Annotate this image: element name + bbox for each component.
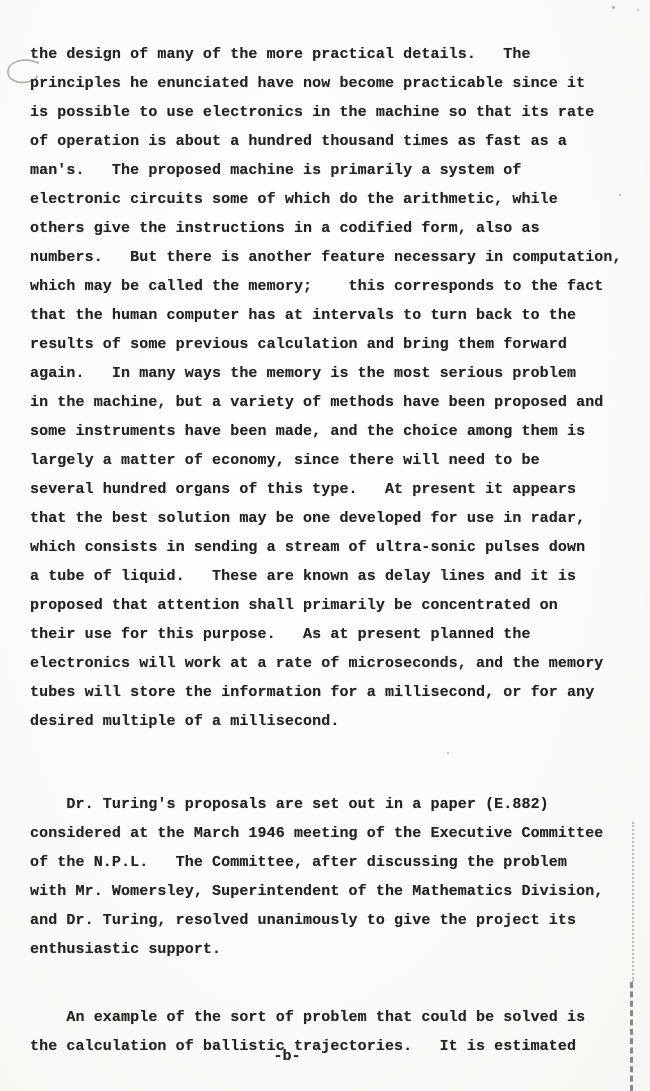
text-line: enthusiastic support. — [30, 935, 640, 964]
text-line: in the machine, but a variety of methods… — [30, 388, 640, 417]
text-line: the design of many of the more practical… — [30, 40, 640, 69]
paragraph-2: Dr. Turing's proposals are set out in a … — [30, 790, 640, 964]
text-line: An example of the sort of problem that c… — [30, 1003, 640, 1032]
text-line: again. In many ways the memory is the mo… — [30, 359, 640, 388]
text-line: that the human computer has at intervals… — [30, 301, 640, 330]
text-line: of operation is about a hundred thousand… — [30, 127, 640, 156]
text-line: that the best solution may be one develo… — [30, 504, 640, 533]
text-line: tubes will store the information for a m… — [30, 678, 640, 707]
text-line: several hundred organs of this type. At … — [30, 475, 640, 504]
text-line: man's. The proposed machine is primarily… — [30, 156, 640, 185]
scan-speck — [612, 6, 615, 9]
scan-speck — [619, 194, 621, 196]
text-line: numbers. But there is another feature ne… — [30, 243, 640, 272]
text-line: some instruments have been made, and the… — [30, 417, 640, 446]
scan-speck — [637, 9, 639, 11]
text-line: proposed that attention shall primarily … — [30, 591, 640, 620]
text-line: principles he enunciated have now become… — [30, 69, 640, 98]
scanned-document-page: the design of many of the more practical… — [0, 0, 650, 1091]
text-line: electronics will work at a rate of micro… — [30, 649, 640, 678]
document-body: the design of many of the more practical… — [30, 40, 640, 1061]
scan-speck — [447, 752, 449, 754]
text-line: of the N.P.L. The Committee, after discu… — [30, 848, 640, 877]
paragraph-1: the design of many of the more practical… — [30, 40, 640, 736]
text-line: is possible to use electronics in the ma… — [30, 98, 640, 127]
text-line: with Mr. Womersley, Superintendent of th… — [30, 877, 640, 906]
text-line: considered at the March 1946 meeting of … — [30, 819, 640, 848]
text-line: others give the instructions in a codifi… — [30, 214, 640, 243]
text-line: desired multiple of a millisecond. — [30, 707, 640, 736]
text-line: which may be called the memory; this cor… — [30, 272, 640, 301]
page-number: -b- — [0, 1048, 612, 1065]
text-line: a tube of liquid. These are known as del… — [30, 562, 640, 591]
text-line: which consists in sending a stream of ul… — [30, 533, 640, 562]
text-line: largely a matter of economy, since there… — [30, 446, 640, 475]
scan-artifact-dashed-line — [630, 982, 633, 1091]
text-line: and Dr. Turing, resolved unanimously to … — [30, 906, 640, 935]
text-line: electronic circuits some of which do the… — [30, 185, 640, 214]
scan-artifact-dotted-line — [632, 822, 634, 982]
text-line: their use for this purpose. As at presen… — [30, 620, 640, 649]
text-line: Dr. Turing's proposals are set out in a … — [30, 790, 640, 819]
text-line: results of some previous calculation and… — [30, 330, 640, 359]
